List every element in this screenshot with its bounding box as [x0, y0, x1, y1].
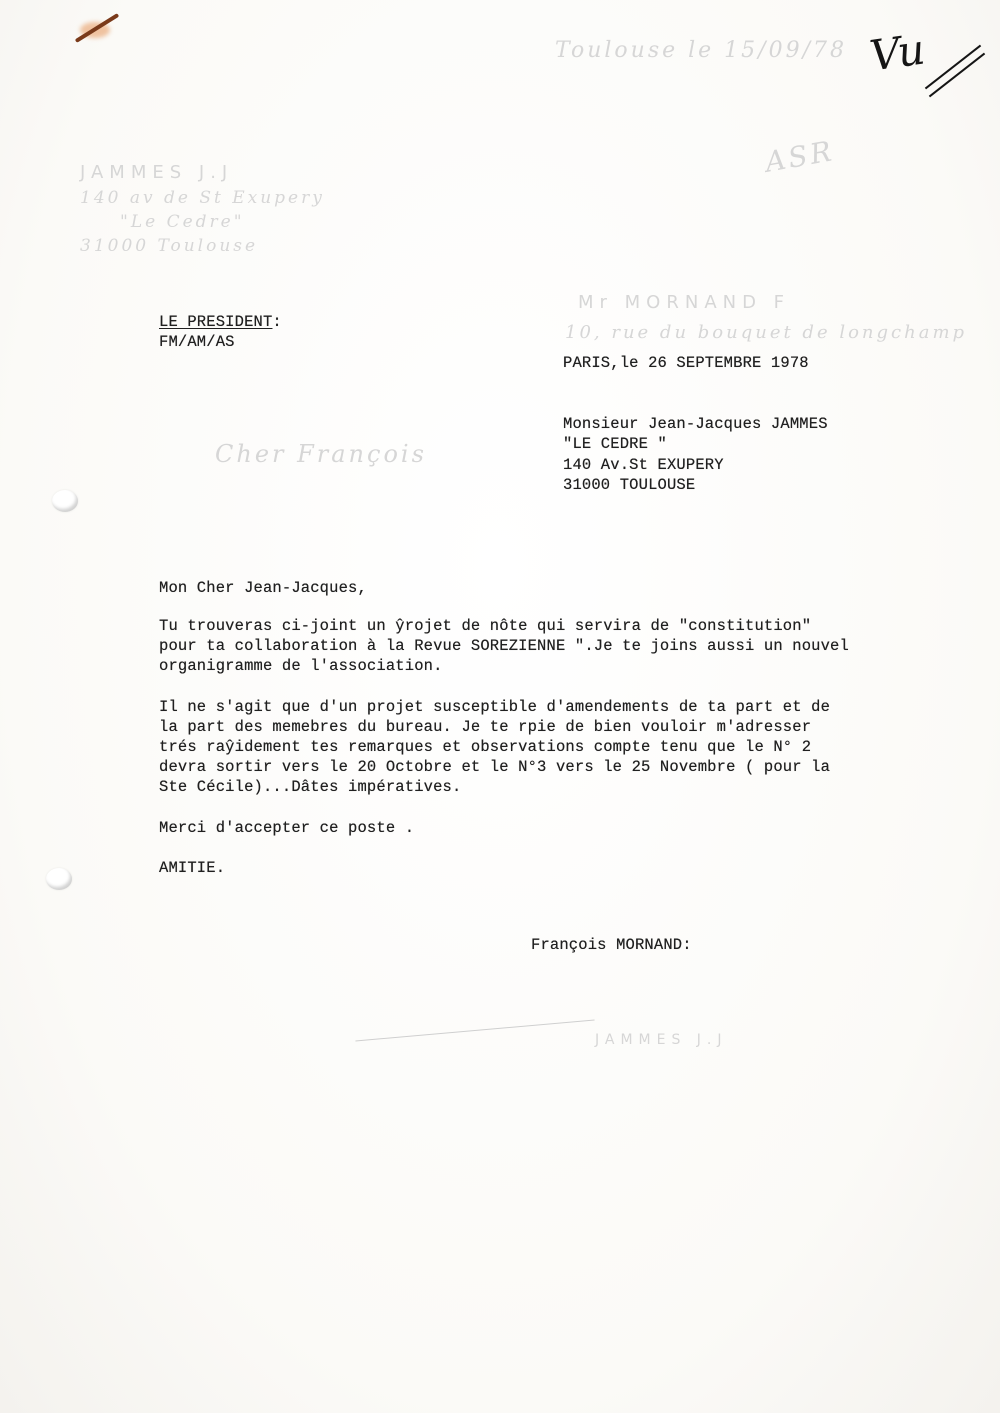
body-line: organigramme de l'association.	[159, 656, 443, 677]
bleed-through-address-line: "Le Cedre"	[120, 212, 245, 232]
thanks-line: Merci d'accepter ce poste .	[159, 818, 414, 839]
bleed-through-address-line: Mr MORNAND F	[578, 292, 790, 313]
signature-name: François MORNAND:	[531, 935, 692, 956]
bleed-through-address-line: 140 av de St Exupery	[80, 188, 325, 208]
place-date: PARIS,le 26 SEPTEMBRE 1978	[563, 353, 809, 374]
body-line: trés raŷidement tes remarques et observa…	[159, 737, 811, 758]
handwritten-initials: Vu	[867, 24, 928, 80]
body-line: Tu trouveras ci-joint un ŷrojet de nôte …	[159, 616, 811, 637]
sender-title-colon: :	[272, 313, 281, 331]
body-line: pour ta collaboration à la Revue SOREZIE…	[159, 636, 849, 657]
bleed-through-date: Toulouse le 15/09/78	[555, 38, 847, 63]
bleed-through-mark: ASR	[763, 134, 837, 179]
recipient-line: 31000 TOULOUSE	[563, 475, 695, 496]
bleed-through-address-line: 31000 Toulouse	[80, 236, 258, 256]
letter-page: Toulouse le 15/09/78 JAMMES J.J 140 av d…	[0, 0, 1000, 1413]
bleed-through-name: JAMMES J.J	[595, 1032, 728, 1048]
initials-underline	[925, 45, 981, 90]
punch-hole-icon	[46, 868, 72, 890]
bleed-through-address-line: 10, rue du bouquet de longchamp	[565, 322, 967, 343]
sender-title-text: LE PRESIDENT	[159, 313, 272, 331]
body-line: Il ne s'agit que d'un projet susceptible…	[159, 697, 830, 718]
sender-title: LE PRESIDENT:	[159, 312, 282, 333]
bleed-through-address-line: JAMMES J.J	[80, 162, 233, 183]
recipient-line: "LE CEDRE "	[563, 434, 667, 455]
closing-line: AMITIE.	[159, 858, 225, 879]
salutation: Mon Cher Jean-Jacques,	[159, 578, 367, 599]
body-line: devra sortir vers le 20 Octobre et le N°…	[159, 757, 830, 778]
punch-hole-icon	[52, 490, 78, 512]
body-line: la part des memebres du bureau. Je te rp…	[159, 717, 811, 738]
recipient-line: Monsieur Jean-Jacques JAMMES	[563, 414, 828, 435]
bleed-through-greeting: Cher François	[215, 440, 427, 468]
recipient-line: 140 Av.St EXUPERY	[563, 455, 724, 476]
bleed-through-signature	[355, 1020, 594, 1042]
initials-underline	[929, 53, 985, 98]
body-line: Ste Cécile)...Dâtes impératives.	[159, 777, 461, 798]
reference-code: FM/AM/AS	[159, 332, 235, 353]
